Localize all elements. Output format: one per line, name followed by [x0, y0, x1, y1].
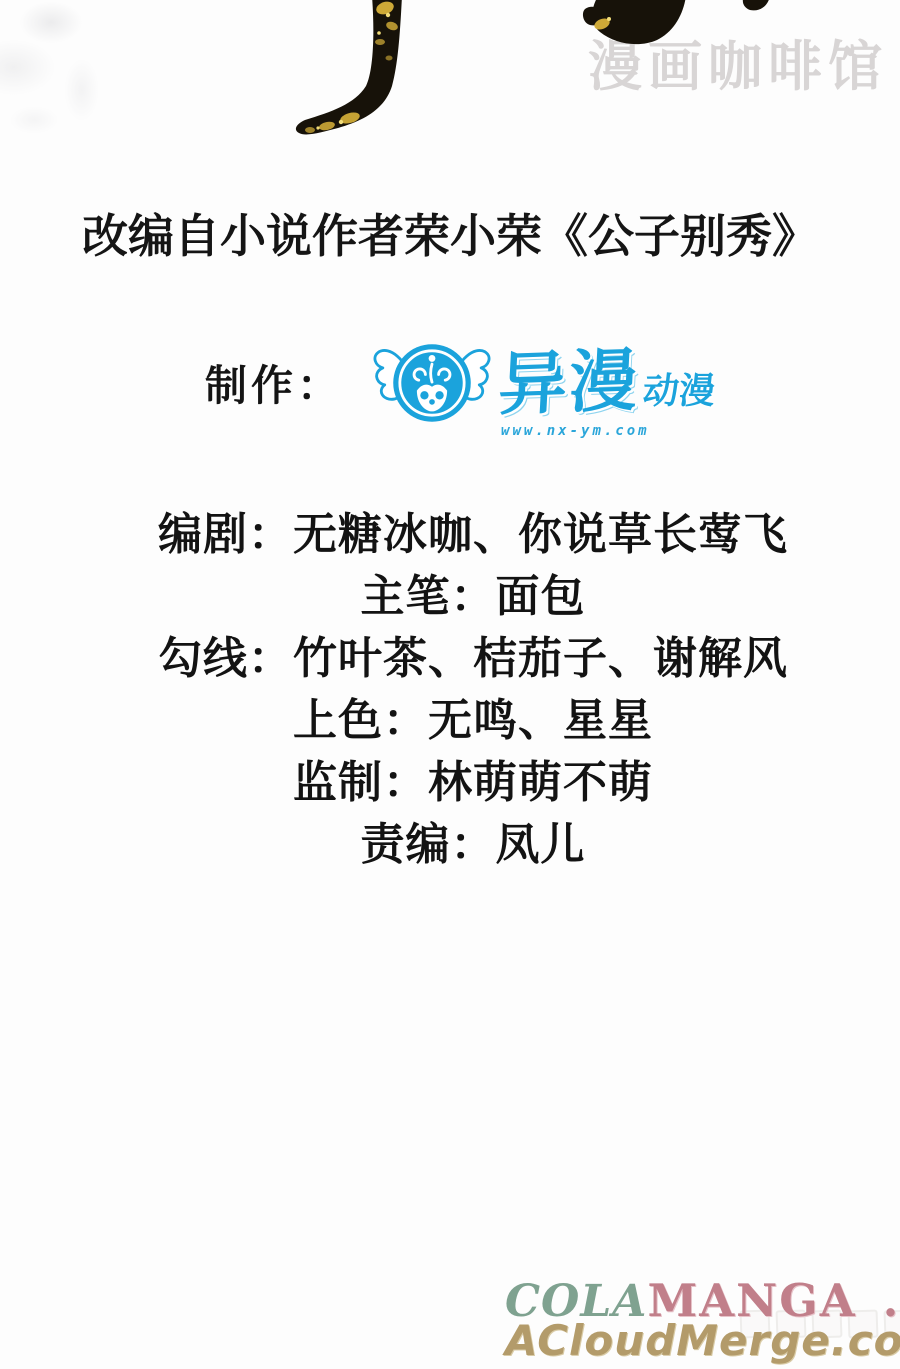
- credits-block: 编剧：无糖冰咖、你说草长莺飞 主笔：面包 勾线：竹叶茶、桔茄子、谢解风 上色：无…: [158, 504, 788, 876]
- credit-line-screenwriter: 编剧：无糖冰咖、你说草长莺飞: [158, 504, 788, 566]
- production-label: 制作：: [205, 353, 343, 413]
- winged-badge-icon: [369, 331, 495, 435]
- studio-name-stylized: 异漫: [497, 347, 641, 420]
- acloudmerge-watermark: ACloudMerge.com: [505, 1316, 900, 1365]
- studio-logo: 异漫 动漫 www.nx-ym.com: [369, 331, 715, 435]
- adapted-from-line: 改编自小说作者荣小荣《公子别秀》: [0, 200, 900, 266]
- credits-page: 漫画咖啡馆 改编自小说作者荣小荣《公子别秀》 制作：: [0, 0, 900, 1369]
- studio-name-suffix: 动漫: [641, 373, 717, 409]
- credit-line-editor: 责编：凤儿: [158, 814, 788, 876]
- calligraphy-brush-strokes: [0, 0, 900, 170]
- bottom-watermark-area: COLAMANGA.com ACloudMerge.com: [0, 1272, 900, 1369]
- production-row: 制作： 异漫: [205, 328, 715, 438]
- credit-line-coloring: 上色：无鸣、星星: [158, 690, 788, 752]
- credit-line-supervisor: 监制：林萌萌不萌: [158, 752, 788, 814]
- studio-url: www.nx-ym.com: [501, 423, 650, 439]
- studio-brand: 异漫 动漫 www.nx-ym.com: [499, 349, 715, 417]
- credit-line-lead-artist: 主笔：面包: [158, 566, 788, 628]
- credit-line-inking: 勾线：竹叶茶、桔茄子、谢解风: [158, 628, 788, 690]
